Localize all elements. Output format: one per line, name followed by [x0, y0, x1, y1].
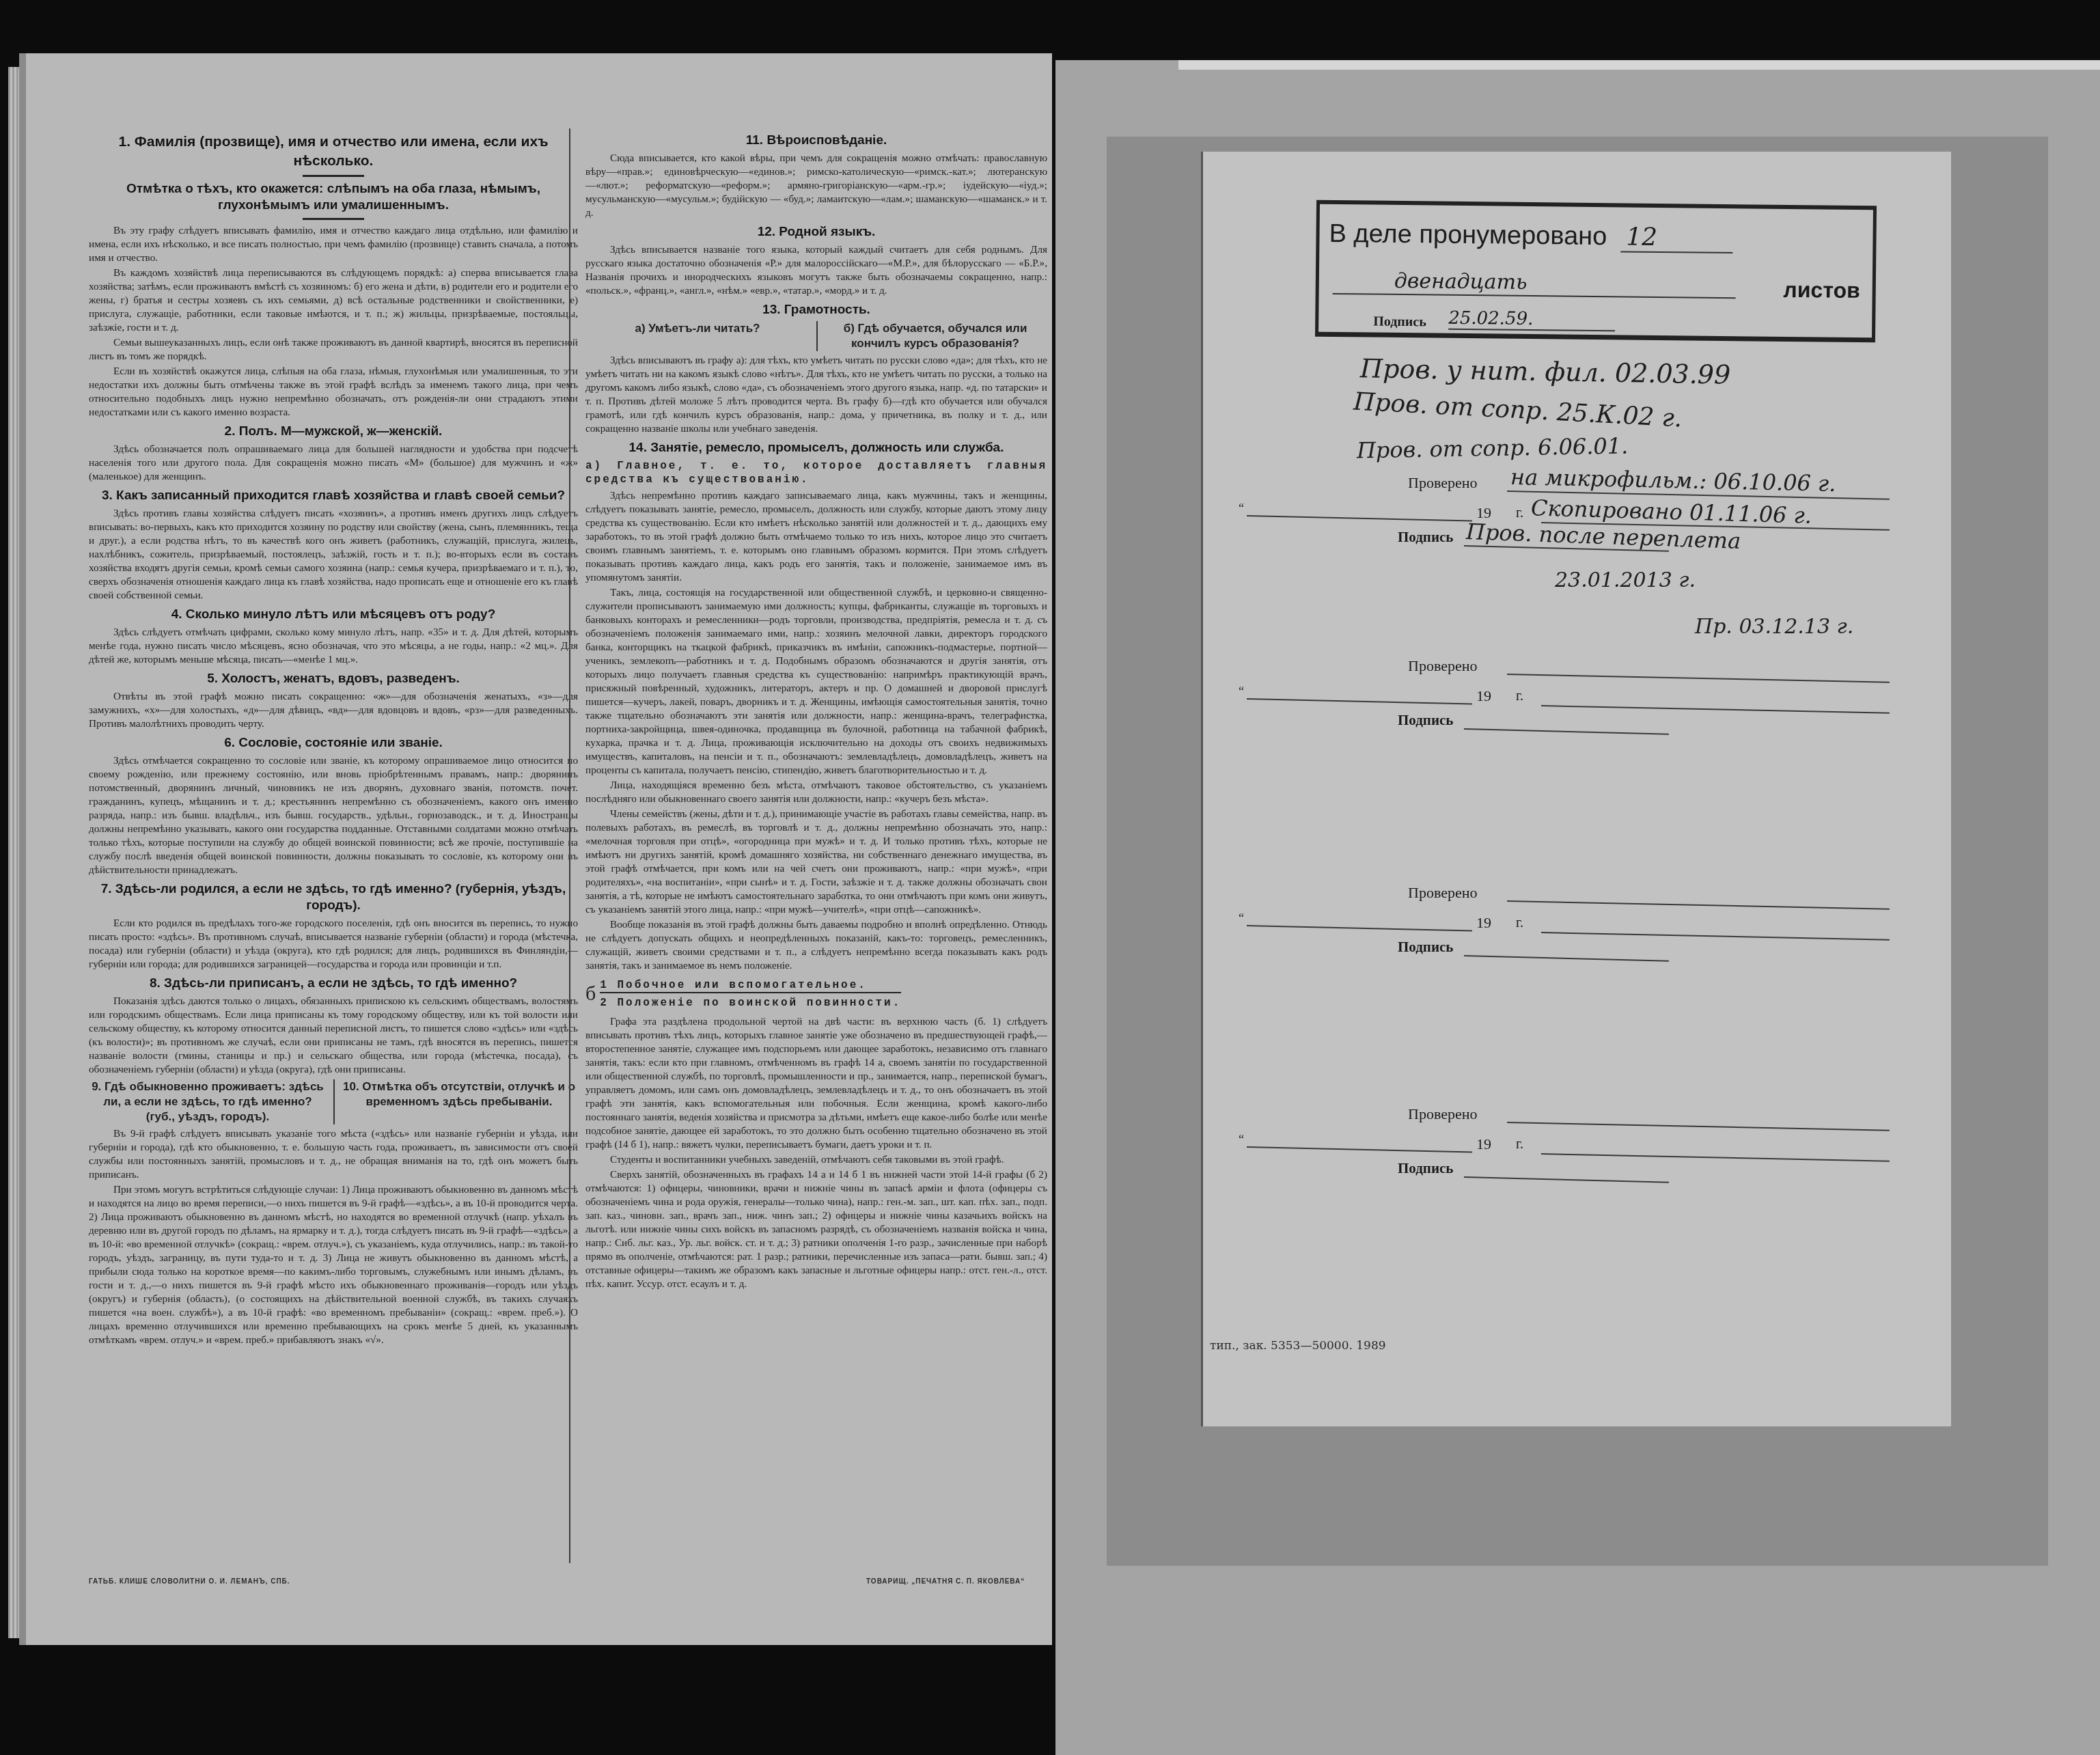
- year-suffix: г.: [1516, 506, 1523, 521]
- stamp-suffix: листов: [1783, 277, 1860, 303]
- signature-label: Подпись: [1398, 1160, 1453, 1177]
- section-13-paragraph: Здѣсь вписываютъ въ графу а): для тѣхъ, …: [585, 354, 1047, 436]
- census-instructions-page: 1. Фамилія (прозвище), имя и отчество ил…: [19, 53, 1052, 1645]
- section-9-title: 9. Гдѣ обыкновенно проживаетъ: здѣсь ли,…: [89, 1079, 327, 1124]
- signature-line: [1464, 728, 1669, 735]
- stamp-signature-label: Подпись: [1373, 314, 1426, 331]
- checked-line: [1507, 1122, 1890, 1131]
- date-value-line: [1541, 932, 1890, 941]
- handwritten-date: Пр. 03.12.13 г.: [1695, 615, 1853, 639]
- section-8-title: 8. Здѣсь-ли приписанъ, а если не здѣсь, …: [89, 976, 578, 992]
- date-open-quote: “: [1239, 1133, 1244, 1147]
- section-14b2-title: 2 Положеніе по воинской повинности.: [600, 996, 901, 1010]
- section-14a-title: а) Главное, т. е. то, которое доставляет…: [585, 459, 1047, 486]
- section-14b-letter: б: [585, 987, 596, 1001]
- page-edges-stack: [8, 67, 19, 1638]
- checked-label: Проверено: [1408, 657, 1477, 675]
- section-3-paragraph: Здѣсь противъ главы хозяйства слѣдуетъ п…: [89, 507, 578, 603]
- section-9-10-paragraph: При этомъ могутъ встрѣтиться слѣдующіе с…: [89, 1183, 578, 1347]
- date-open-quote: “: [1239, 501, 1244, 516]
- section-14-title: 14. Занятіе, ремесло, промыселъ, должнос…: [585, 440, 1047, 456]
- handwritten-note: Пров. от сопр. 25.К.02 г.: [1353, 387, 1683, 432]
- handwritten-note: Пров. от сопр. 6.06.01.: [1357, 433, 1629, 464]
- section-12-paragraph: Здѣсь вписывается названіе того языка, к…: [585, 243, 1047, 298]
- date-line: [1247, 1146, 1472, 1152]
- section-14b-paragraph: Студенты и воспитанники учебныхъ заведен…: [585, 1153, 1047, 1167]
- folder-top-strip: [1178, 60, 2100, 70]
- signature-label: Подпись: [1398, 939, 1453, 956]
- section-14a-paragraph: Такъ, лица, состоящія на государственной…: [585, 586, 1047, 777]
- stamp-count-words: двенадцать: [1394, 269, 1528, 294]
- section-14a-paragraph: Здѣсь непремѣнно противъ каждаго записыв…: [585, 489, 1047, 585]
- section-6-title: 6. Сословіе, состояніе или званіе.: [89, 735, 578, 751]
- section-3-title: 3. Какъ записанный приходится главѣ хозя…: [89, 488, 578, 504]
- stamp-count-digits: 12: [1620, 223, 1732, 253]
- stamp-words-underline: [1333, 293, 1736, 299]
- section-1-paragraph: Семьи вышеуказанныхъ лицъ, если онѣ такж…: [89, 336, 578, 363]
- stamp-signature-date: 25.02.59.: [1448, 308, 1615, 332]
- section-14b-paragraph: Сверхъ занятій, обозначенныхъ въ графахъ…: [585, 1168, 1047, 1291]
- divider: [303, 218, 364, 220]
- printer-imprint-left: ГАТЬБ. КЛИШЕ СЛОВОЛИТНИ О. И. ЛЕМАНЪ, СП…: [89, 1578, 290, 1586]
- instructions-column-right: 11. Вѣроисповѣданіе. Сюда вписывается, к…: [569, 128, 1047, 1563]
- section-5-paragraph: Отвѣты въ этой графѣ можно писать сокращ…: [89, 690, 578, 731]
- verification-block: Проверено на микрофильм.: 06.10.06 г. “ …: [1203, 474, 1953, 577]
- section-14a-paragraph: Лица, находящіяся временно безъ мѣста, о…: [585, 779, 1047, 806]
- year-prefix: 19: [1476, 687, 1491, 705]
- verification-block: Проверено “ 19 г. Подпись: [1203, 657, 1953, 760]
- signature-line: [1464, 1176, 1669, 1183]
- verification-block: Проверено “ 19 г. Подпись: [1203, 1105, 1953, 1208]
- checked-label: Проверено: [1408, 1105, 1477, 1123]
- section-13b-title: б) Гдѣ обучается, обучался или кончилъ к…: [816, 321, 1047, 351]
- checked-label: Проверено: [1408, 884, 1477, 902]
- page-count-stamp: В деле пронумеровано12 двенадцать листов…: [1315, 200, 1877, 343]
- checked-line: [1507, 674, 1890, 683]
- handwritten-note: Пров. у нит. фил. 02.03.99: [1360, 353, 1731, 389]
- section-5-title: 5. Холостъ, женатъ, вдовъ, разведенъ.: [89, 671, 578, 687]
- date-open-quote: “: [1239, 685, 1244, 699]
- section-11-title: 11. Вѣроисповѣданіе.: [585, 133, 1047, 149]
- section-12-title: 12. Родной языкъ.: [585, 224, 1047, 240]
- section-9-10-header: 9. Гдѣ обыкновенно проживаетъ: здѣсь ли,…: [89, 1079, 578, 1124]
- certification-sheet: В деле пронумеровано12 двенадцать листов…: [1201, 152, 1951, 1426]
- print-order-imprint: тип., зак. 5353—50000. 1989: [1210, 1339, 1386, 1353]
- date-line: [1247, 515, 1472, 521]
- section-14b-header: б 1 Побочное или вспомогательное. 2 Поло…: [585, 976, 1047, 1012]
- section-10-title: 10. Отмѣтка объ отсутствіи, отлучкѣ и о …: [333, 1079, 578, 1124]
- section-7-paragraph: Если кто родился въ предѣлахъ того-же го…: [89, 917, 578, 971]
- year-prefix: 19: [1476, 1135, 1491, 1153]
- checked-line: [1507, 900, 1890, 910]
- section-13a-title: а) Умѣетъ-ли читать?: [585, 321, 810, 351]
- section-4-paragraph: Здѣсь слѣдуетъ отмѣчать цифрами, сколько…: [89, 626, 578, 667]
- signature-line: [1464, 955, 1669, 962]
- date-value-line: [1541, 1153, 1890, 1162]
- stamp-prefix: В деле пронумеровано: [1329, 219, 1607, 251]
- section-1-title: 1. Фамилія (прозвище), имя и отчество ил…: [89, 133, 578, 171]
- year-suffix: г.: [1516, 689, 1523, 704]
- divider: [303, 175, 364, 177]
- section-13-title: 13. Грамотность.: [585, 302, 1047, 318]
- section-1-subtitle: Отмѣтка о тѣхъ, кто окажется: слѣпымъ на…: [89, 181, 578, 214]
- instructions-column-left: 1. Фамилія (прозвище), имя и отчество ил…: [89, 128, 578, 1563]
- section-11-paragraph: Сюда вписывается, кто какой вѣры, при че…: [585, 152, 1047, 220]
- section-2-paragraph: Здѣсь обозначается полъ опрашиваемаго ли…: [89, 443, 578, 484]
- section-1-paragraph: Если въ хозяйствѣ окажутся лица, слѣпыя …: [89, 365, 578, 419]
- section-8-paragraph: Показанія здѣсь даются только о лицахъ, …: [89, 995, 578, 1077]
- section-4-title: 4. Сколько минуло лѣтъ или мѣсяцевъ отъ …: [89, 607, 578, 623]
- date-value-line: [1541, 705, 1890, 714]
- checked-label: Проверено: [1408, 474, 1477, 492]
- year-suffix: г.: [1516, 1137, 1523, 1152]
- section-6-paragraph: Здѣсь отмѣчается сокращенно то сословіе …: [89, 754, 578, 877]
- stamp-line-1: В деле пронумеровано12: [1329, 219, 1732, 253]
- year-suffix: г.: [1516, 915, 1523, 931]
- section-2-title: 2. Полъ. М—мужской, ж—женскій.: [89, 424, 578, 440]
- date-line: [1247, 698, 1472, 704]
- section-14a-paragraph: Члены семействъ (жены, дѣти и т. д.), пр…: [585, 807, 1047, 917]
- section-9-10-paragraph: Въ 9-й графѣ слѣдуетъ вписывать указаніе…: [89, 1127, 578, 1182]
- section-7-title: 7. Здѣсь-ли родился, а если не здѣсь, то…: [89, 881, 578, 914]
- section-14b-paragraph: Графа эта раздѣлена продольной чертой на…: [585, 1015, 1047, 1152]
- year-prefix: 19: [1476, 914, 1491, 932]
- section-14b1-title: 1 Побочное или вспомогательное.: [600, 978, 901, 993]
- date-open-quote: “: [1239, 911, 1244, 926]
- printer-imprint-right: ТОВАРИЩ. „ПЕЧАТНЯ С. П. ЯКОВЛЕВА“: [866, 1578, 1025, 1586]
- handwritten-date: 23.01.2013 г.: [1555, 568, 1696, 592]
- verification-block: Проверено “ 19 г. Подпись: [1203, 884, 1953, 986]
- signature-label: Подпись: [1398, 529, 1453, 546]
- section-1-paragraph: Въ каждомъ хозяйствѣ лица переписываются…: [89, 266, 578, 335]
- signature-label: Подпись: [1398, 712, 1453, 729]
- date-line: [1247, 925, 1472, 931]
- section-14a-paragraph: Вообще показанія въ этой графѣ должны бы…: [585, 918, 1047, 973]
- section-1-paragraph: Въ эту графу слѣдуетъ вписывать фамилію,…: [89, 224, 578, 265]
- section-13-subheaders: а) Умѣетъ-ли читать? б) Гдѣ обучается, о…: [585, 321, 1047, 351]
